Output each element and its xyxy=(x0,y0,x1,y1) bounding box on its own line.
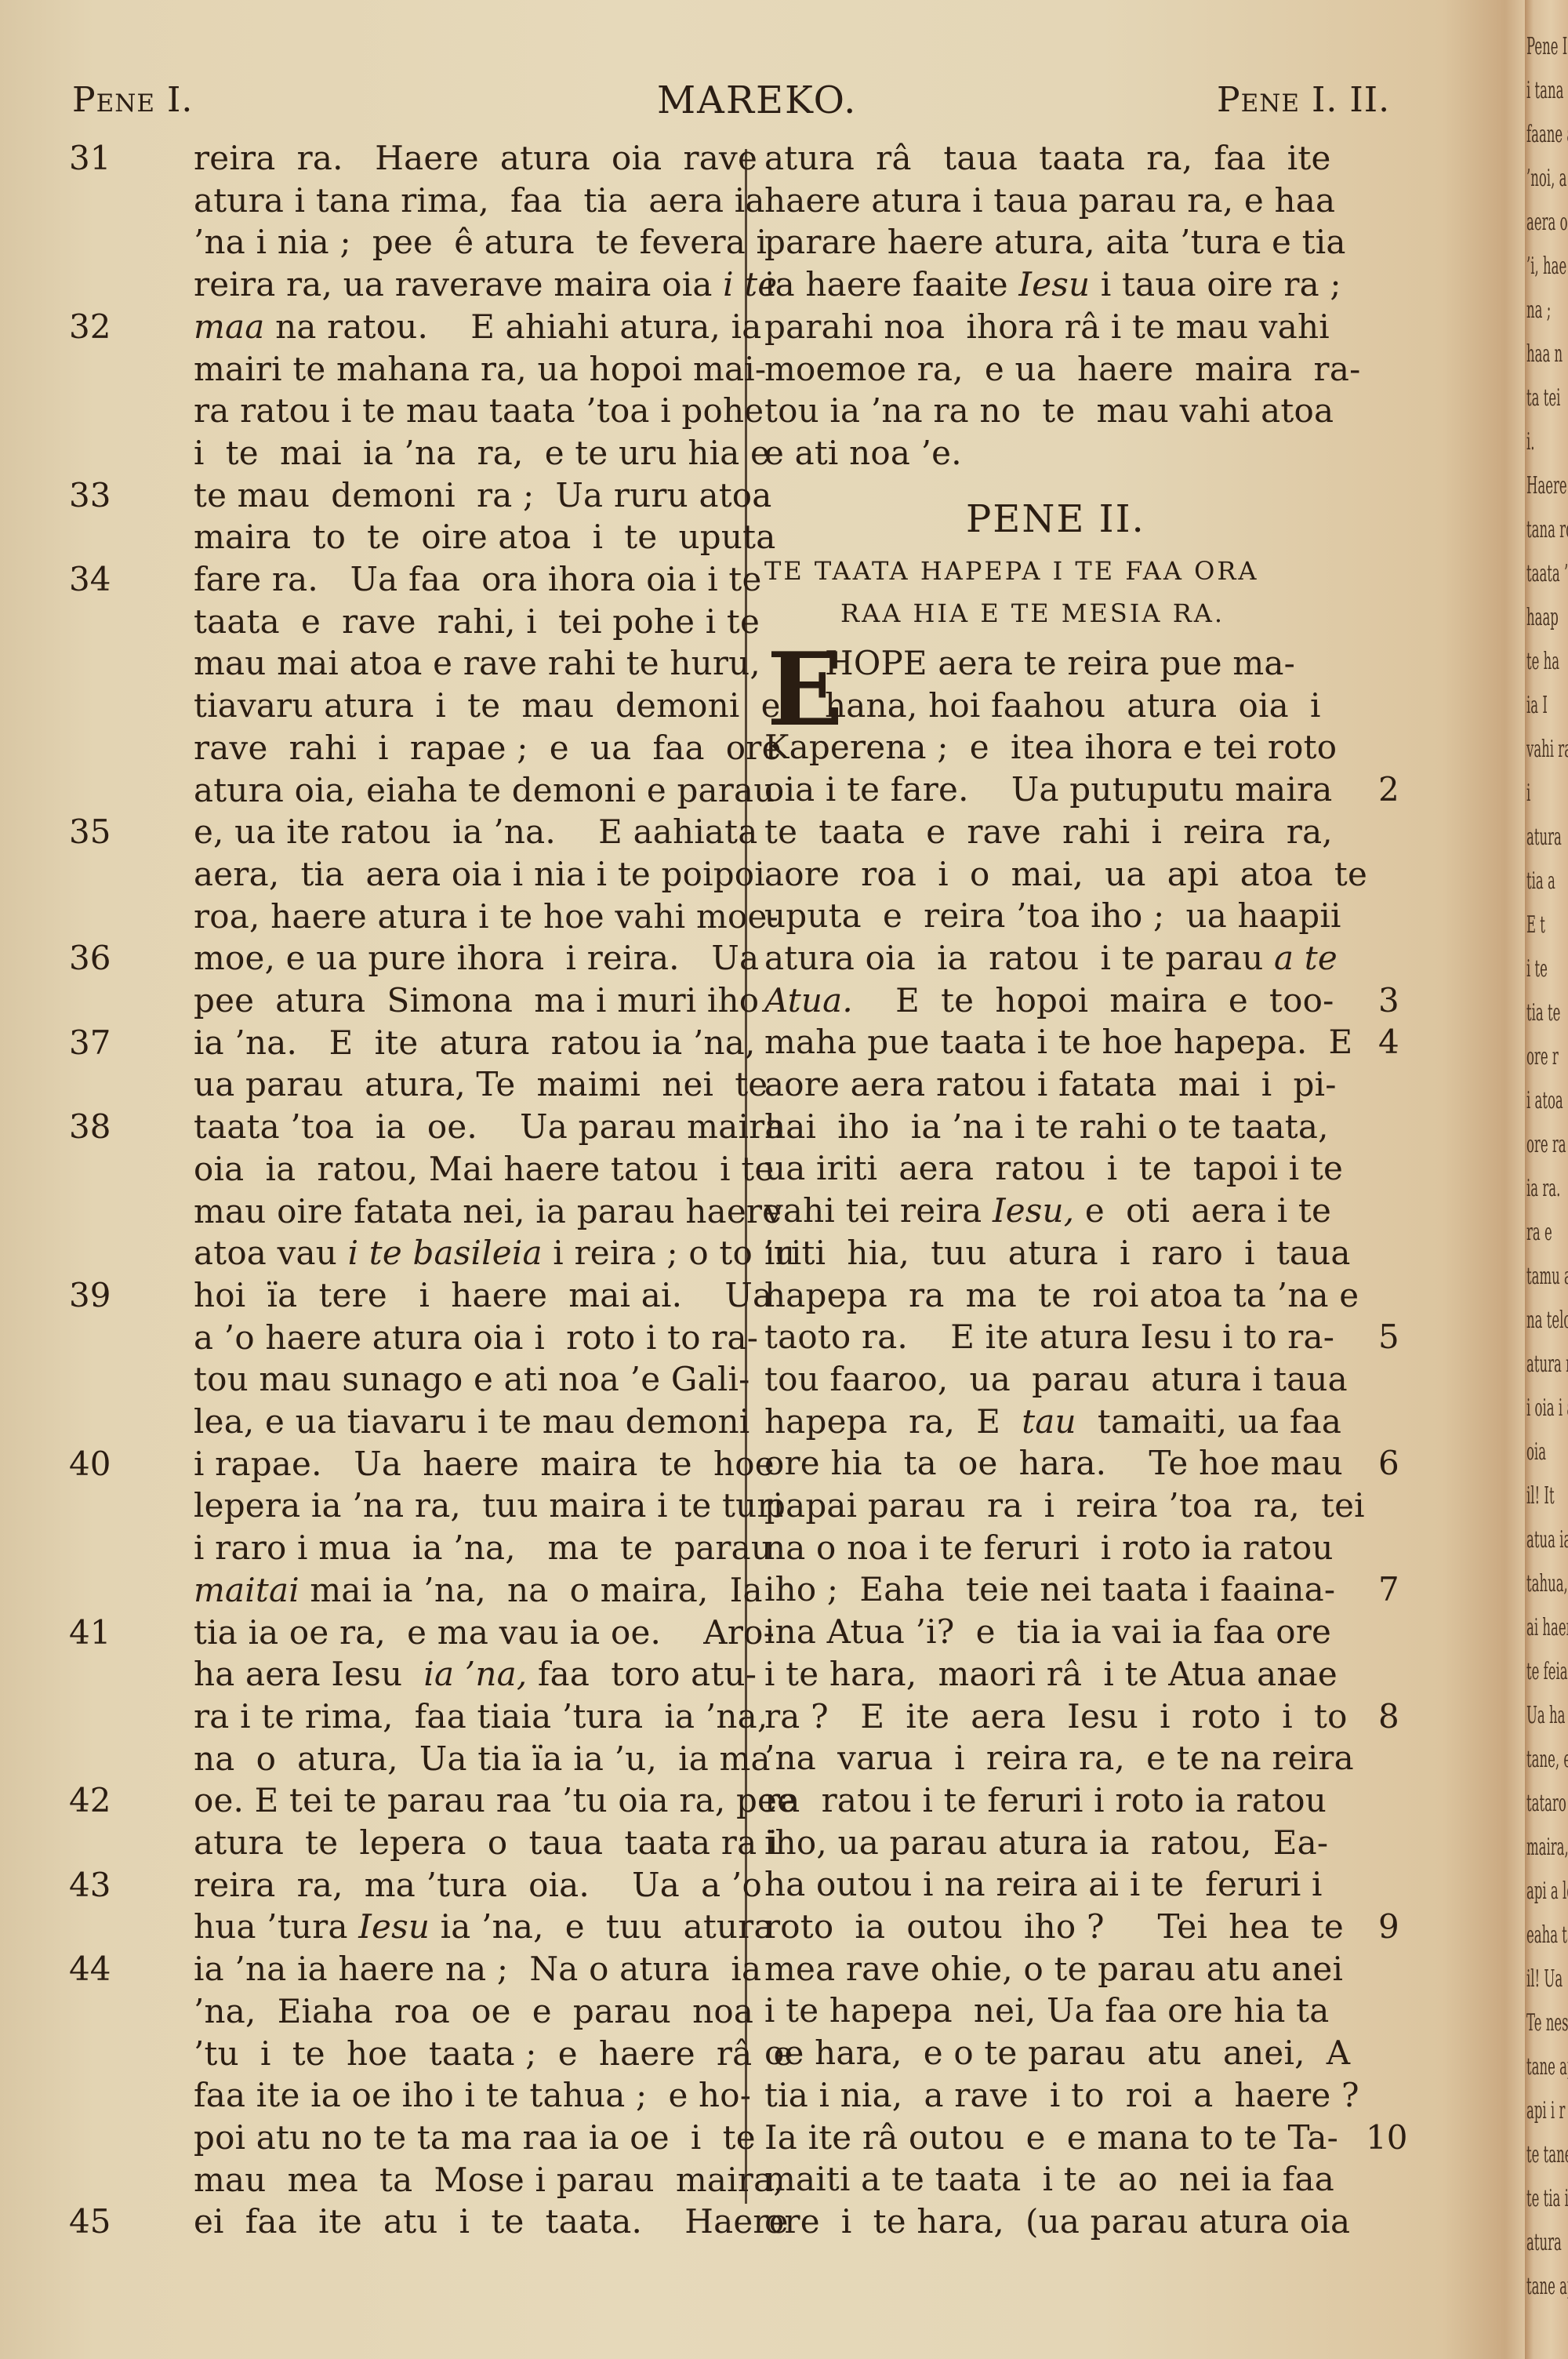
line-text: i raro i mua ia ’na, ma te parau xyxy=(194,1528,772,1567)
line-text: oe. E tei te parau raa ’tu oia ra, pee xyxy=(194,1781,797,1819)
text-line: atura i tana rima, faa tia aera ia xyxy=(194,180,735,221)
next-page-text-fragment: aera oi xyxy=(1526,207,1568,238)
line-text: i reira ; o to ’u xyxy=(543,1234,796,1272)
text-line: ha outou i na reira ai i te feruri i xyxy=(764,1864,1274,1905)
next-page-text-fragment: api a lo xyxy=(1526,1876,1568,1907)
line-text: atura râ taua taata ra, faa ite xyxy=(764,139,1331,177)
next-page-text-fragment: na ; xyxy=(1526,295,1551,326)
line-text: hana, hoi faahou atura oia i xyxy=(825,686,1321,725)
line-text: ia ’na ia haere na ; Na o atura ia xyxy=(194,1950,761,1988)
line-text: roto ia outou iho ? Tei hea te xyxy=(764,1907,1344,1946)
text-line: maha pue taata i te hoe hapepa. E xyxy=(764,1022,1274,1063)
line-text: ore i te hara, (ua parau atura oia xyxy=(764,2202,1350,2241)
line-text: papai parau ra i reira ’toa ra, tei xyxy=(764,1486,1365,1525)
text-line: reira ra. Haere atura oia rave xyxy=(194,138,735,179)
italic-text: Iesu, xyxy=(993,1191,1074,1230)
italic-text: Iesu xyxy=(358,1907,430,1946)
italic-text: i te basileia xyxy=(348,1234,543,1272)
text-line: hana, hoi faahou atura oia i xyxy=(825,685,1334,726)
text-line: roto ia outou iho ? Tei hea te xyxy=(764,1906,1274,1947)
verse-number: 35 xyxy=(69,812,111,852)
next-page-edge: Pene IIi tanafaane a’noi, a haera oi’i, … xyxy=(1525,0,1568,2359)
italic-text: Atua. xyxy=(764,981,853,1020)
text-line: oia i te fare. Ua putuputu maira xyxy=(764,769,1274,810)
line-text: E te hopoi maira e too- xyxy=(853,981,1334,1020)
line-text: reira ra, ma ’tura oia. Ua a ’o xyxy=(194,1866,762,1904)
next-page-text-fragment: tane, e xyxy=(1526,1744,1568,1776)
text-line: Kaperena ; e itea ihora e tei roto xyxy=(764,727,1274,768)
next-page-text-fragment: tia te xyxy=(1526,998,1560,1029)
text-line: atoa vau i te basileia i reira ; o to ’u xyxy=(194,1233,735,1274)
line-text: i te mai ia ’na ra, e te uru hia e xyxy=(194,434,770,472)
text-line: ia haere faaite Iesu i taua oire ra ; xyxy=(764,264,1274,305)
text-line: lepera ia ’na ra, tuu maira i te turi xyxy=(194,1485,735,1526)
line-text: tou mau sunago e ati noa ’e Gali- xyxy=(194,1360,750,1398)
italic-text: Iesu xyxy=(1018,265,1090,304)
next-page-text-fragment: i xyxy=(1526,778,1530,809)
bible-page: Pene I. MAREKO. Pene I. II. reira ra. Ha… xyxy=(0,0,1525,2359)
line-text: ei faa ite atu i te taata. Haere xyxy=(194,2202,789,2241)
text-line: oe hara, e o te parau atu anei, A xyxy=(764,2033,1274,2074)
text-line: tia ia oe ra, e ma vau ia oe. Aro- xyxy=(194,1612,735,1653)
line-text: uputa e reira ’toa iho ; ua haapii xyxy=(764,896,1341,935)
text-line: taoto ra. E ite atura Iesu i to ra- xyxy=(764,1317,1274,1358)
next-page-text-fragment: ore r xyxy=(1526,1041,1559,1073)
verse-number: 45 xyxy=(69,2201,111,2242)
verse-number: 40 xyxy=(69,1444,111,1485)
next-page-text-fragment: i oia i a xyxy=(1526,1393,1568,1424)
line-text: ia ’na, e tuu atura xyxy=(430,1907,774,1946)
text-line: uputa e reira ’toa iho ; ua haapii xyxy=(764,896,1274,936)
line-text: Ia ite râ outou e e mana to te Ta- xyxy=(764,2118,1338,2157)
text-line: atura oia ia ratou i te parau a te xyxy=(764,938,1274,979)
text-line: na o noa i te feruri i roto ia ratou xyxy=(764,1528,1274,1568)
line-text: mai ia ’na, na o maira, Ia xyxy=(299,1571,763,1609)
running-head-left: Pene I. xyxy=(72,77,193,124)
text-line: maiti a te taata i te ao nei ia faa xyxy=(764,2159,1274,2200)
text-line: parare haere atura, aita ’tura e tia xyxy=(764,222,1274,263)
line-text: ’tu i te hoe taata ; e haere râ e xyxy=(194,2034,793,2073)
line-text: na ratou. E ahiahi atura, ia xyxy=(265,307,762,346)
text-line: tou faaroo, ua parau atura i taua xyxy=(764,1359,1274,1400)
next-page-text-fragment: i tana xyxy=(1526,75,1563,107)
next-page-text-fragment: atura xyxy=(1526,2227,1562,2259)
text-line: HOPE aera te reira pue ma- xyxy=(825,643,1334,684)
text-line: ’na i nia ; pee ê atura te fevera i xyxy=(194,222,735,263)
next-page-text-fragment: ia ra. xyxy=(1526,1173,1560,1205)
line-text: i te hapepa nei, Ua faa ore hia ta xyxy=(764,1991,1330,2030)
line-text: roa, haere atura i te hoe vahi moe- xyxy=(194,897,779,936)
line-text: maira to te oire atoa i te uputa xyxy=(194,518,775,556)
verse-number: 36 xyxy=(69,938,111,979)
text-line: vahi tei reira Iesu, e oti aera i te xyxy=(764,1190,1274,1231)
verse-number: 31 xyxy=(69,138,111,179)
verse-number: 7 xyxy=(1378,1569,1399,1610)
verse-number: 39 xyxy=(69,1275,111,1316)
text-line: moe, e ua pure ihora i reira. Ua xyxy=(194,938,735,979)
line-text: aera, tia aera oia i nia i te poipoi xyxy=(194,855,765,893)
verse-number: 6 xyxy=(1378,1443,1399,1484)
line-text: lea, e ua tiavaru i te mau demoni xyxy=(194,1402,750,1441)
line-text: i te hara, maori râ i te Atua anae xyxy=(764,1655,1338,1693)
text-line: papai parau ra i reira ’toa ra, tei xyxy=(764,1485,1274,1526)
text-line: oia ia ratou, Mai haere tatou i te xyxy=(194,1149,735,1190)
line-text: e, ua ite ratou ia ’na. E aahiata xyxy=(194,812,758,851)
line-text: maiti a te taata i te ao nei ia faa xyxy=(764,2160,1334,2198)
verse-number: 10 xyxy=(1366,2117,1407,2158)
line-text: a ’o haere atura oia i roto i to ra- xyxy=(194,1318,758,1357)
line-text: oe hara, e o te parau atu anei, A xyxy=(764,2034,1350,2072)
text-line: ha aera Iesu ia ’na, faa toro atu- xyxy=(194,1654,735,1695)
next-page-text-fragment: faane a xyxy=(1526,119,1568,151)
text-line: taata ’toa ia oe. Ua parau maira xyxy=(194,1107,735,1147)
italic-text: maa xyxy=(194,307,265,346)
verse-number: 9 xyxy=(1378,1906,1399,1947)
line-text: atoa vau xyxy=(194,1234,348,1272)
line-text: e oti aera i te xyxy=(1074,1191,1331,1230)
chapter-title: PENE II. xyxy=(966,496,1145,543)
line-text: vahi tei reira xyxy=(764,1191,993,1230)
next-page-text-fragment: atua ia xyxy=(1526,1525,1568,1556)
line-text: e ati noa ’e. xyxy=(764,434,962,472)
text-line: hapepa ra ma te roi atoa ta ’na e xyxy=(764,1275,1274,1316)
text-line: mau mea ta Mose i parau maira, xyxy=(194,2160,735,2201)
next-page-text-fragment: te tane xyxy=(1526,2139,1568,2171)
line-text: ra ratou i te feruri i roto ia ratou xyxy=(764,1781,1327,1819)
text-line: poi atu no te ta ma raa ia oe i te xyxy=(194,2117,735,2158)
line-text: ha outou i na reira ai i te feruri i xyxy=(764,1865,1323,1903)
text-line: ia ’na. E ite atura ratou ia ’na, xyxy=(194,1023,735,1063)
next-page-text-fragment: i atoa xyxy=(1526,1085,1563,1117)
text-line: haere atura i taua parau ra, e haa xyxy=(764,180,1274,221)
text-line: ’na varua i reira ra, e te na reira xyxy=(764,1738,1274,1779)
verse-number: 3 xyxy=(1378,980,1399,1021)
line-text: tia i nia, a rave i to roi a haere ? xyxy=(764,2076,1359,2114)
line-text: moemoe ra, e ua haere maira ra- xyxy=(764,350,1360,388)
line-text: te mau demoni ra ; Ua ruru atoa xyxy=(194,476,772,514)
line-text: faa toro atu- xyxy=(527,1655,757,1693)
running-head-right: Pene I. II. xyxy=(1217,77,1390,124)
italic-text: maitai xyxy=(194,1571,299,1609)
text-line: te mau demoni ra ; Ua ruru atoa xyxy=(194,475,735,516)
line-text: oia i te fare. Ua putuputu maira xyxy=(764,770,1333,809)
text-line: roa, haere atura i te hoe vahi moe- xyxy=(194,896,735,937)
line-text: aore roa i o mai, ua api atoa te xyxy=(764,855,1367,893)
text-line: a ’o haere atura oia i roto i to ra- xyxy=(194,1318,735,1358)
text-line: atura râ taua taata ra, faa ite xyxy=(764,138,1274,179)
text-line: na o atura, Ua tia ïa ia ’u, ia ma xyxy=(194,1739,735,1779)
line-text: ua iriti aera ratou i te tapoi i te xyxy=(764,1149,1343,1187)
text-line: ’na, Eiaha roa oe e parau noa xyxy=(194,1991,735,2032)
next-page-text-fragment: oia xyxy=(1526,1437,1546,1468)
next-page-text-fragment: tana ro xyxy=(1526,514,1568,546)
next-page-text-fragment: taata ’ xyxy=(1526,558,1568,590)
italic-text: tau xyxy=(1022,1402,1076,1441)
text-line: tiavaru atura i te mau demoni e xyxy=(194,685,735,726)
text-line: iho ; Eaha teie nei taata i faaina- xyxy=(764,1569,1274,1610)
text-line: oe. E tei te parau raa ’tu oia ra, pee xyxy=(194,1780,735,1821)
verse-number: 34 xyxy=(69,559,111,600)
text-line: ra ratou i te mau taata ’toa i pohe xyxy=(194,391,735,431)
next-page-text-fragment: atura rat xyxy=(1526,1349,1568,1380)
text-line: rave rahi i rapae ; e ua faa ore xyxy=(194,728,735,769)
line-text: rave rahi i rapae ; e ua faa ore xyxy=(194,729,782,767)
next-page-text-fragment: E t xyxy=(1526,910,1545,941)
line-text: hoi ïa tere i haere mai ai. Ua xyxy=(194,1276,772,1314)
line-text: Kaperena ; e itea ihora e tei roto xyxy=(764,728,1337,766)
text-line: ua iriti aera ratou i te tapoi i te xyxy=(764,1148,1274,1189)
line-text: tou faaroo, ua parau atura i taua xyxy=(764,1360,1348,1398)
line-text: ra ratou i te mau taata ’toa i pohe xyxy=(194,391,764,430)
section-heading-line-2: RAA HIA E TE MESIA RA. xyxy=(840,596,1225,631)
line-text: atura te lepera o taua taata ra i xyxy=(194,1823,779,1862)
section-heading-line-1: TE TAATA HAPEPA I TE FAA ORA xyxy=(764,554,1259,588)
text-line: hapepa ra, E tau tamaiti, ua faa xyxy=(764,1401,1274,1442)
next-page-text-fragment: tane api xyxy=(1526,2271,1568,2303)
text-line: fare ra. Ua faa ora ihora oia i te xyxy=(194,559,735,600)
next-page-text-fragment: i te xyxy=(1526,954,1548,985)
next-page-text-fragment: haa n xyxy=(1526,339,1563,370)
next-page-text-fragment: il! Ua xyxy=(1526,1964,1563,1995)
line-text: ra i te rima, faa tiaia ’tura ia ’na, xyxy=(194,1697,768,1736)
verse-number: 41 xyxy=(69,1612,111,1653)
text-line: te taata e rave rahi i reira ra, xyxy=(764,812,1274,852)
line-text: poi atu no te ta ma raa ia oe i te xyxy=(194,2118,756,2157)
line-text: iriti hia, tuu atura i raro i taua xyxy=(764,1234,1351,1272)
line-text: i rapae. Ua haere maira te hoe xyxy=(194,1445,775,1483)
text-line: tia i nia, a rave i to roi a haere ? xyxy=(764,2075,1274,2116)
text-line: ra i te rima, faa tiaia ’tura ia ’na, xyxy=(194,1696,735,1737)
next-page-text-fragment: te ha xyxy=(1526,646,1559,678)
text-line: taata e rave rahi, i tei pohe i te xyxy=(194,602,735,642)
line-text: mau mea ta Mose i parau maira, xyxy=(194,2161,784,2199)
line-text: aore aera ratou i fatata mai i pi- xyxy=(764,1065,1337,1103)
line-text: reira ra. Haere atura oia rave xyxy=(194,139,757,177)
next-page-text-fragment: ra e xyxy=(1526,1217,1552,1249)
text-line: e, ua ite ratou ia ’na. E aahiata xyxy=(194,812,735,852)
text-line: ua parau atura, Te maimi nei te xyxy=(194,1064,735,1105)
text-line: e ati noa ’e. xyxy=(764,433,1274,474)
line-text: maha pue taata i te hoe hapepa. E xyxy=(764,1023,1352,1061)
text-line: hoi ïa tere i haere mai ai. Ua xyxy=(194,1275,735,1316)
next-page-text-fragment: Te neset xyxy=(1526,2008,1568,2039)
running-head-book-title: MAREKO. xyxy=(657,77,857,124)
verse-number: 33 xyxy=(69,475,111,516)
verse-number: 2 xyxy=(1378,769,1399,810)
line-text: hapepa ra, E xyxy=(764,1402,1022,1441)
line-text: faa ite ia oe iho i te tahua ; e ho- xyxy=(194,2076,751,2114)
text-line: maitai mai ia ’na, na o maira, Ia xyxy=(194,1570,735,1611)
line-text: ’na, Eiaha roa oe e parau noa xyxy=(194,1992,753,2030)
text-line: mau mai atoa e rave rahi te huru, xyxy=(194,643,735,684)
verse-number: 38 xyxy=(69,1107,111,1147)
next-page-text-fragment: api i r xyxy=(1526,2095,1565,2127)
text-line: aore roa i o mai, ua api atoa te xyxy=(764,854,1274,895)
line-text: hua ’tura xyxy=(194,1907,358,1946)
line-text: HOPE aera te reira pue ma- xyxy=(825,644,1295,682)
next-page-text-fragment: tia a xyxy=(1526,866,1555,897)
verse-number: 8 xyxy=(1378,1696,1399,1737)
line-text: taata e rave rahi, i tei pohe i te xyxy=(194,602,760,641)
line-text: atura oia ia ratou i te parau xyxy=(764,939,1274,977)
line-text: oia ia ratou, Mai haere tatou i te xyxy=(194,1150,774,1188)
text-line: atura oia, eiaha te demoni e parau xyxy=(194,770,735,811)
text-line: ore hia ta oe hara. Te hoe mau xyxy=(764,1443,1274,1484)
next-page-text-fragment: tamu at xyxy=(1526,1261,1568,1292)
next-page-text-fragment: maira, xyxy=(1526,1832,1568,1863)
text-line: ra ratou i te feruri i roto ia ratou xyxy=(764,1780,1274,1821)
text-line: i te hara, maori râ i te Atua anae xyxy=(764,1654,1274,1695)
next-page-text-fragment: atura xyxy=(1526,822,1562,853)
next-page-text-fragment: ’noi, a h xyxy=(1526,163,1568,194)
text-line: i te hapepa nei, Ua faa ore hia ta xyxy=(764,1990,1274,2031)
line-text: parare haere atura, aita ’tura e tia xyxy=(764,223,1346,261)
line-text: parahi noa ihora râ i te mau vahi xyxy=(764,307,1330,346)
next-page-text-fragment: ta tei xyxy=(1526,383,1560,414)
next-page-text-fragment: Haere xyxy=(1526,471,1567,502)
line-text: ’na varua i reira ra, e te na reira xyxy=(764,1739,1354,1777)
line-text: mau oire fatata nei, ia parau haere xyxy=(194,1192,782,1230)
line-text: ’na i nia ; pee ê atura te fevera i xyxy=(194,223,767,261)
text-line: ore i te hara, (ua parau atura oia xyxy=(764,2201,1274,2242)
line-text: na o atura, Ua tia ïa ia ’u, ia ma xyxy=(194,1739,771,1778)
line-text: atura i tana rima, faa tia aera ia xyxy=(194,181,765,220)
text-line: parahi noa ihora râ i te mau vahi xyxy=(764,307,1274,347)
next-page-text-fragment: ’i, hae xyxy=(1526,251,1566,282)
line-text: tiavaru atura i te mau demoni e xyxy=(194,686,781,725)
verse-number: 32 xyxy=(69,307,111,347)
next-page-text-fragment: tataro xyxy=(1526,1788,1566,1819)
next-page-text-fragment: vahi ra xyxy=(1526,734,1568,765)
next-page-text-fragment: na telo xyxy=(1526,1305,1568,1336)
line-text: pee atura Simona ma i muri iho xyxy=(194,981,759,1020)
text-line: maira to te oire atoa i te uputa xyxy=(194,517,735,558)
next-page-text-fragment: ore ra xyxy=(1526,1129,1566,1161)
text-line: hua ’tura Iesu ia ’na, e tuu atura xyxy=(194,1906,735,1947)
next-page-text-fragment: te feia xyxy=(1526,1656,1568,1688)
line-text: ia ’na. E ite atura ratou ia ’na, xyxy=(194,1023,756,1062)
line-text: ina Atua ’i? e tia ia vai ia faa ore xyxy=(764,1612,1331,1651)
next-page-text-fragment: Ua ha xyxy=(1526,1700,1565,1732)
line-text: haere atura i taua parau ra, e haa xyxy=(764,181,1335,220)
next-page-text-fragment: te tia ia xyxy=(1526,2183,1568,2215)
verse-number: 37 xyxy=(69,1023,111,1063)
line-text: hai iho ia ’na i te rahi o te taata, xyxy=(764,1107,1329,1146)
text-line: mairi te mahana ra, ua hopoi mai- xyxy=(194,349,735,390)
line-text: na o noa i te feruri i roto ia ratou xyxy=(764,1528,1334,1567)
text-line: i rapae. Ua haere maira te hoe xyxy=(194,1444,735,1485)
next-page-text-fragment: i. xyxy=(1526,427,1535,458)
next-page-text-fragment: Pene II xyxy=(1526,31,1568,63)
verse-number: 43 xyxy=(69,1865,111,1906)
italic-text: a te xyxy=(1274,939,1338,977)
line-text: iho, ua parau atura ia ratou, Ea- xyxy=(764,1823,1328,1862)
line-text: fare ra. Ua faa ora ihora oia i te xyxy=(194,560,762,598)
text-line: ia ’na ia haere na ; Na o atura ia xyxy=(194,1949,735,1990)
line-text: taoto ra. E ite atura Iesu i to ra- xyxy=(764,1318,1334,1356)
line-text: i taua oire ra ; xyxy=(1090,265,1341,304)
text-line: aera, tia aera oia i nia i te poipoi xyxy=(194,854,735,895)
line-text: ha aera Iesu xyxy=(194,1655,423,1693)
verse-number: 44 xyxy=(69,1949,111,1990)
text-line: iriti hia, tuu atura i raro i taua xyxy=(764,1233,1274,1274)
line-text: reira ra, ua raverave maira oia xyxy=(194,265,723,304)
line-text: mairi te mahana ra, ua hopoi mai- xyxy=(194,350,766,388)
next-page-text-fragment: ai haer xyxy=(1526,1612,1568,1644)
verse-number: 4 xyxy=(1378,1022,1399,1063)
text-line: moemoe ra, e ua haere maira ra- xyxy=(764,349,1274,390)
line-text: hapepa ra ma te roi atoa ta ’na e xyxy=(764,1276,1359,1314)
line-text: tia ia oe ra, e ma vau ia oe. Aro- xyxy=(194,1613,775,1652)
next-page-text-fragment: haap xyxy=(1526,602,1559,634)
text-line: Ia ite râ outou e e mana to te Ta- xyxy=(764,2117,1274,2158)
italic-text: ia ’na, xyxy=(423,1655,527,1693)
line-text: ua parau atura, Te maimi nei te xyxy=(194,1065,768,1103)
text-line: i te mai ia ’na ra, e te uru hia e xyxy=(194,433,735,474)
line-text: taata ’toa ia oe. Ua parau maira xyxy=(194,1107,785,1146)
line-text: atura oia, eiaha te demoni e parau xyxy=(194,771,775,809)
text-line: iho, ua parau atura ia ratou, Ea- xyxy=(764,1823,1274,1863)
line-text: moe, e ua pure ihora i reira. Ua xyxy=(194,939,759,977)
line-text: iho ; Eaha teie nei taata i faaina- xyxy=(764,1570,1335,1608)
text-line: ’tu i te hoe taata ; e haere râ e xyxy=(194,2034,735,2074)
line-text: tou ia ’na ra no te mau vahi atoa xyxy=(764,391,1334,430)
text-line: ina Atua ’i? e tia ia vai ia faa ore xyxy=(764,1612,1274,1652)
text-line: faa ite ia oe iho i te tahua ; e ho- xyxy=(194,2075,735,2116)
text-line: maa na ratou. E ahiahi atura, ia xyxy=(194,307,735,347)
text-line: mau oire fatata nei, ia parau haere xyxy=(194,1191,735,1232)
next-page-text-fragment: tahua, xyxy=(1526,1568,1568,1600)
line-text: lepera ia ’na ra, tuu maira i te turi xyxy=(194,1486,783,1525)
text-line: ra ? E ite aera Iesu i roto i to xyxy=(764,1696,1274,1737)
line-text: tamaiti, ua faa xyxy=(1076,1402,1341,1441)
verse-number: 42 xyxy=(69,1780,111,1821)
text-line: hai iho ia ’na i te rahi o te taata, xyxy=(764,1107,1274,1147)
text-line: mea rave ohie, o te parau atu anei xyxy=(764,1949,1274,1990)
text-line: i raro i mua ia ’na, ma te parau xyxy=(194,1528,735,1568)
line-text: ra ? E ite aera Iesu i roto i to xyxy=(764,1697,1348,1736)
next-page-text-fragment: tane api xyxy=(1526,2052,1568,2083)
line-text: ore hia ta oe hara. Te hoe mau xyxy=(764,1444,1343,1482)
text-line: aore aera ratou i fatata mai i pi- xyxy=(764,1064,1274,1105)
next-page-text-fragment: ia I xyxy=(1526,690,1548,722)
line-text: te taata e rave rahi i reira ra, xyxy=(764,812,1333,851)
line-text: mea rave ohie, o te parau atu anei xyxy=(764,1950,1343,1988)
text-line: ei faa ite atu i te taata. Haere xyxy=(194,2201,735,2242)
text-line: pee atura Simona ma i muri iho xyxy=(194,980,735,1021)
next-page-text-fragment: il! It xyxy=(1526,1481,1555,1512)
text-line: reira ra, ua raverave maira oia i te xyxy=(194,264,735,305)
next-page-text-fragment: eaha ta xyxy=(1526,1920,1568,1951)
text-line: Atua. E te hopoi maira e too- xyxy=(764,980,1274,1021)
text-line: tou mau sunago e ati noa ’e Gali- xyxy=(194,1359,735,1400)
text-line: tou ia ’na ra no te mau vahi atoa xyxy=(764,391,1274,431)
line-text: ia haere faaite xyxy=(764,265,1018,304)
verse-number: 5 xyxy=(1378,1317,1399,1358)
text-line: lea, e ua tiavaru i te mau demoni xyxy=(194,1401,735,1442)
text-line: atura te lepera o taua taata ra i xyxy=(194,1823,735,1863)
text-line: reira ra, ma ’tura oia. Ua a ’o xyxy=(194,1865,735,1906)
line-text: mau mai atoa e rave rahi te huru, xyxy=(194,644,760,682)
